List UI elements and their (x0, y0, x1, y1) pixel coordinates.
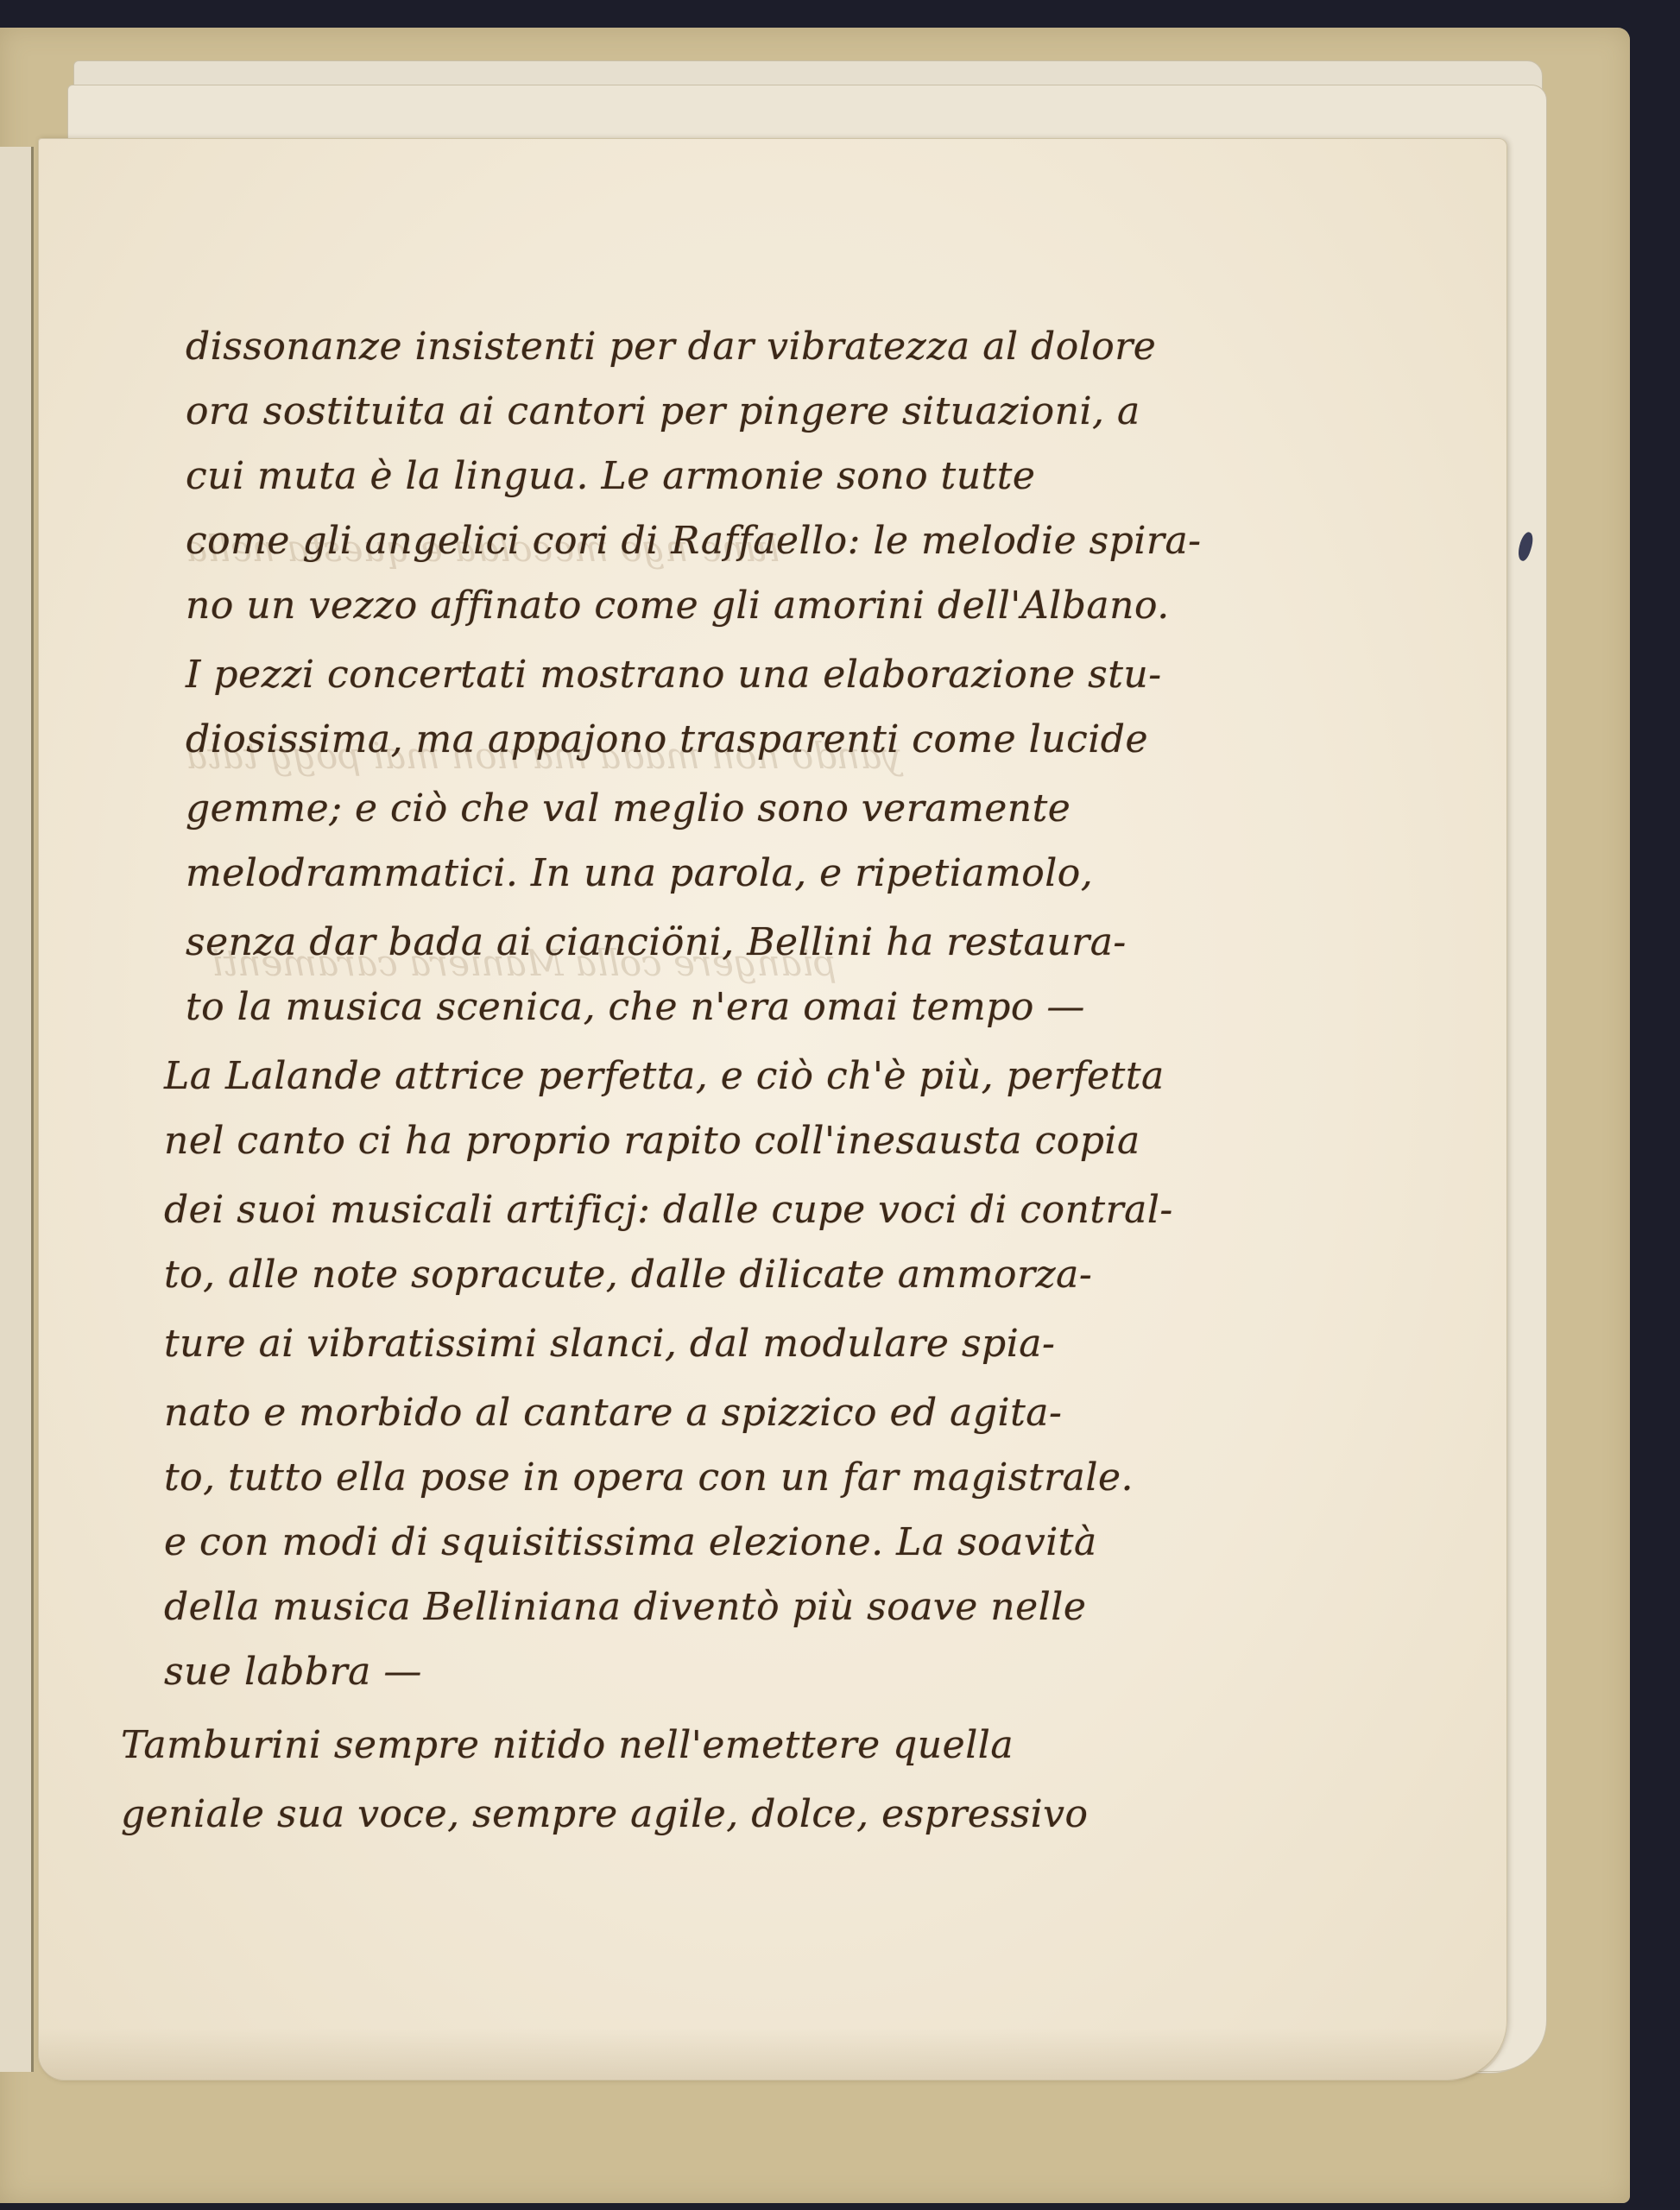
text-line: senza dar bada ai cianciöni, Bellini ha … (186, 920, 1127, 964)
text-line: cui muta è la lingua. Le armonie sono tu… (186, 454, 1035, 498)
text-line: ora sostituita ai cantori per pingere si… (186, 389, 1140, 433)
text-line: to, tutto ella pose in opera con un far … (164, 1455, 1134, 1500)
text-line: I pezzi concertati mostrano una elaboraz… (186, 653, 1162, 697)
manuscript-page: lune ngo mecolda e questa nella yando no… (38, 138, 1507, 2081)
text-line: sue labbra — (164, 1650, 422, 1694)
text-line: geniale sua voce, sempre agile, dolce, e… (121, 1792, 1089, 1836)
text-line: della musica Belliniana diventò più soav… (164, 1585, 1086, 1629)
text-line: Tamburini sempre nitido nell'emettere qu… (121, 1723, 1014, 1767)
text-line: melodrammatici. In una parola, e ripetia… (186, 851, 1093, 895)
text-line: diosissima, ma appajono trasparenti come… (186, 717, 1148, 761)
text-line: nato e morbido al cantare a spizzico ed … (164, 1391, 1062, 1435)
text-line: nel canto ci ha proprio rapito coll'ines… (164, 1119, 1140, 1163)
text-line: to, alle note sopracute, dalle dilicate … (164, 1253, 1092, 1297)
facing-page-edge (0, 147, 34, 2072)
text-line: no un vezzo affinato come gli amorini de… (186, 584, 1170, 628)
text-line: to la musica scenica, che n'era omai tem… (186, 985, 1085, 1029)
text-line: gemme; e ciò che val meglio sono veramen… (186, 786, 1071, 830)
text-line: La Lalande attrice perfetta, e ciò ch'è … (164, 1054, 1165, 1098)
manuscript-text: dissonanze insistenti per dar vibratezza… (39, 139, 1506, 2080)
text-line: dei suoi musicali artificj: dalle cupe v… (164, 1188, 1173, 1232)
text-line: dissonanze insistenti per dar vibratezza… (186, 325, 1156, 369)
text-line: come gli angelici cori di Raffaello: le … (186, 519, 1202, 563)
text-line: e con modi di squisitissima elezione. La… (164, 1520, 1097, 1564)
text-line: ture ai vibratissimi slanci, dal modular… (164, 1322, 1055, 1366)
